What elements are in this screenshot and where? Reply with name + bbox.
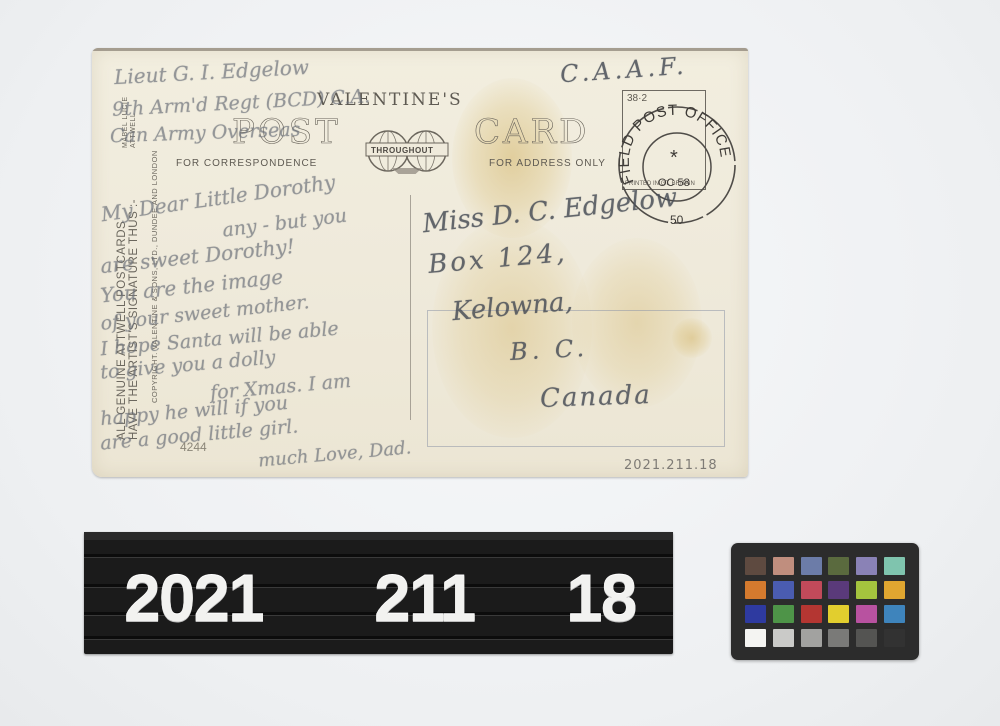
accession-group-year: 2021 [124,563,263,633]
accession-number-ruler: 2021 211 18 [84,532,673,654]
postcard: VALENTINE'S POST CARD THROUGHOUT FOR COR… [92,48,748,477]
color-patch [884,557,905,575]
correspondence-label: FOR CORRESPONDENCE [176,158,317,169]
color-patch [856,581,877,599]
color-patch [828,629,849,647]
postmark-text: FIELD POST OFFICE [616,102,734,187]
color-patch [856,629,877,647]
address-line: B. C. [509,334,588,366]
stock-number: 4244 [180,440,207,454]
address-box-outline [427,310,725,447]
color-patch [884,605,905,623]
accession-group-item: 18 [566,563,635,633]
color-patch [856,557,877,575]
accession-group-lot: 211 [374,563,474,633]
pencil-accession-number: 2021.211.18 [624,458,718,473]
svg-text:FIELD POST OFFICE: FIELD POST OFFICE [616,102,734,187]
address-line: Canada [540,380,653,414]
header-note: C.A.A.F. [559,52,688,89]
card-word: CARD [474,112,589,152]
color-patch [801,581,822,599]
message-line: much Love, Dad. [257,437,412,471]
sender-line: Lieut G. I. Edgelow [114,55,310,89]
color-patch [828,581,849,599]
ruler-groove [84,636,673,639]
ruler-groove [84,554,673,557]
color-checker-card [731,543,919,660]
color-patch [773,557,794,575]
postcard-top-edge [92,48,748,51]
color-patch [884,629,905,647]
color-patch [828,557,849,575]
color-patch [745,629,766,647]
postmark-number: 50 [670,213,684,227]
color-patch [773,581,794,599]
ruler-lip [84,532,673,540]
color-patch [745,605,766,623]
color-patch [745,557,766,575]
color-patch [884,581,905,599]
color-patch [828,605,849,623]
color-patch [801,629,822,647]
globe-banner-text: THROUGHOUT [371,146,433,155]
address-label: FOR ADDRESS ONLY [489,158,606,169]
svg-text:*: * [670,147,678,169]
color-patch [773,629,794,647]
color-patch [856,605,877,623]
color-patch [773,605,794,623]
color-patch [801,557,822,575]
color-patch [801,605,822,623]
color-patch [745,581,766,599]
center-divider-line [410,195,411,420]
